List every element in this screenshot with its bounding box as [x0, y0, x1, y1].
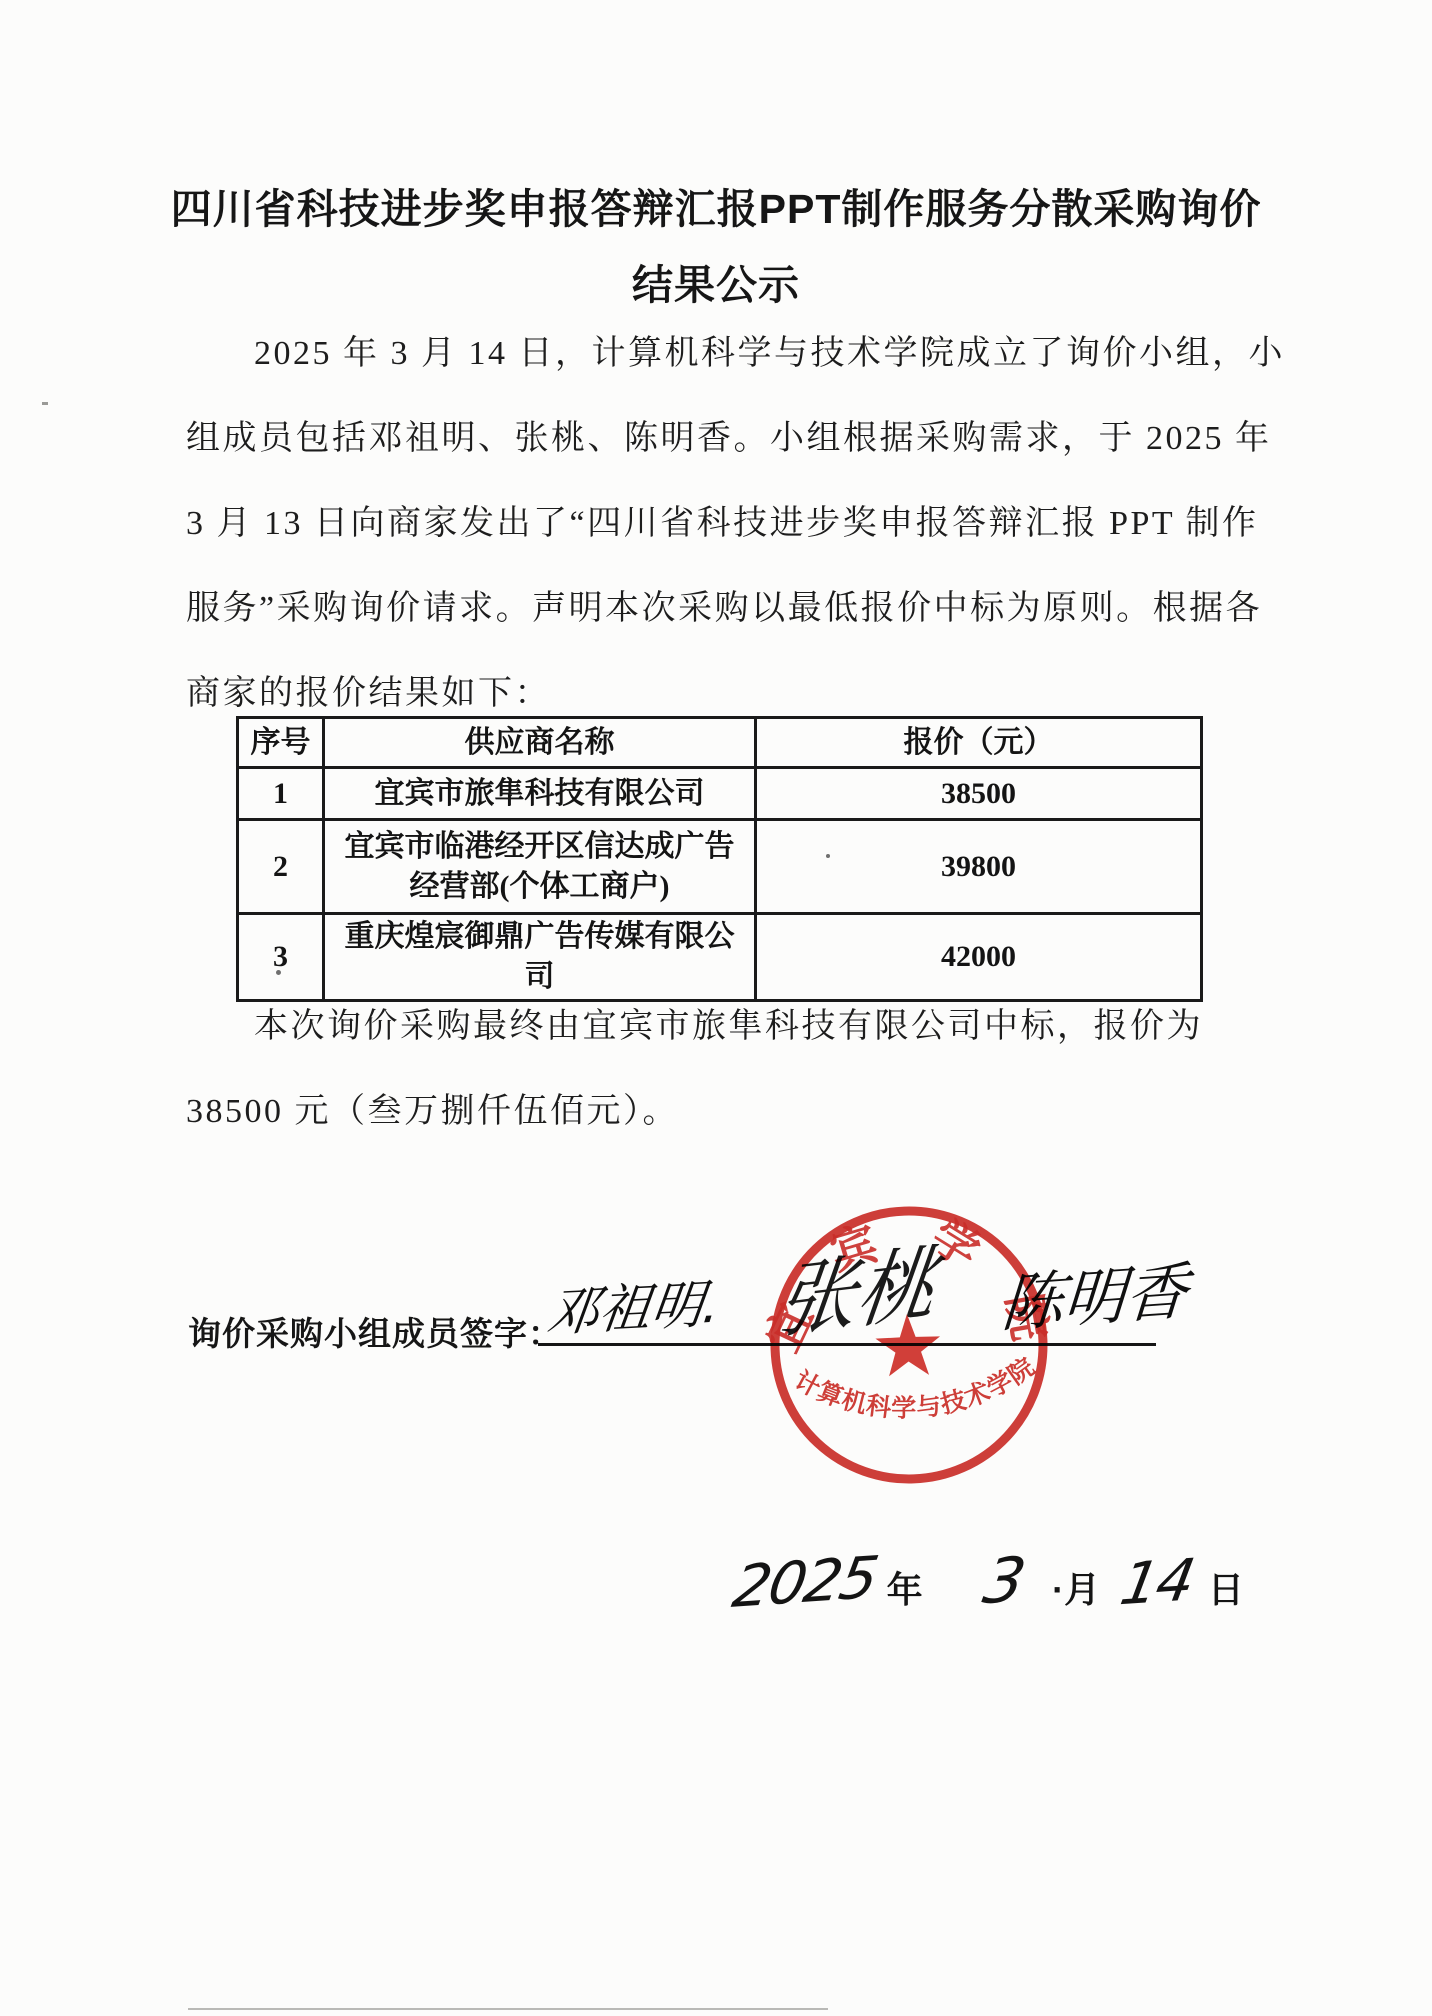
cell-no: 3: [238, 914, 324, 1001]
table-row: 3 重庆煌宸御鼎广告传媒有限公司 42000: [238, 914, 1202, 1001]
document-title-line2: 结果公示: [0, 252, 1432, 311]
date-month-handwritten: 3: [978, 1543, 1029, 1618]
date-day-handwritten: 14: [1115, 1546, 1198, 1619]
table-row: 2 宜宾市临港经开区信达成广告经营部(个体工商户) 39800: [238, 820, 1202, 914]
scan-speck: [276, 970, 281, 975]
cell-supplier: 重庆煌宸御鼎广告传媒有限公司: [324, 914, 756, 1001]
date-day-unit: 日: [1208, 1562, 1244, 1613]
paragraph2-line2: 38500 元（叁万捌仟伍佰元）。: [186, 1090, 1264, 1134]
date-year-handwritten: 2025: [728, 1543, 882, 1621]
paragraph1-line4: 服务”采购询价请求。声明本次采购以最低报价中标为原则。根据各: [186, 587, 1264, 631]
scanned-document-page: 四川省科技进步奖申报答辩汇报PPT制作服务分散采购询价 结果公示 2025 年 …: [0, 0, 1432, 2016]
document-title-line1: 四川省科技进步奖申报答辩汇报PPT制作服务分散采购询价: [0, 176, 1432, 235]
quotation-table: 序号 供应商名称 报价（元） 1 宜宾市旅隼科技有限公司 38500 2 宜宾市…: [236, 716, 1203, 1002]
cell-price: 38500: [756, 768, 1202, 820]
scan-edge-line: [188, 2008, 828, 2010]
paragraph1-line5: 商家的报价结果如下：: [186, 672, 1264, 716]
paragraph1-line1: 2025 年 3 月 14 日，计算机科学与技术学院成立了询价小组，小: [186, 332, 1332, 376]
paragraph2-line1: 本次询价采购最终由宜宾市旅隼科技有限公司中标，报价为: [186, 1005, 1332, 1049]
scan-speck: [826, 854, 830, 858]
handwritten-signature-1: 邓祖明.: [543, 1261, 725, 1346]
cell-price: 42000: [756, 914, 1202, 1001]
table-header-row: 序号 供应商名称 报价（元）: [238, 718, 1202, 768]
scan-mark: [42, 402, 48, 405]
signature-label: 询价采购小组成员签字：: [188, 1308, 562, 1355]
header-cell-no: 序号: [238, 718, 324, 768]
paragraph1-line2: 组成员包括邓祖明、张桃、陈明香。小组根据采购需求，于 2025 年: [186, 417, 1264, 461]
cell-price: 39800: [756, 820, 1202, 914]
date-line: 2025 年 3 ·月 14 日: [735, 1544, 1244, 1617]
cell-supplier: 宜宾市临港经开区信达成广告经营部(个体工商户): [324, 820, 756, 914]
cell-no: 2: [238, 820, 324, 914]
cell-no: 1: [238, 768, 324, 820]
paragraph1-line3: 3 月 13 日向商家发出了“四川省科技进步奖申报答辩汇报 PPT 制作: [186, 502, 1264, 546]
table-row: 1 宜宾市旅隼科技有限公司 38500: [238, 768, 1202, 820]
official-red-stamp: 宜宾学院 计算机科学与技术学院: [757, 1193, 1061, 1497]
date-year-unit: 年: [887, 1562, 923, 1613]
stamp-star-icon: [875, 1313, 942, 1377]
header-cell-price: 报价（元）: [756, 718, 1202, 768]
cell-supplier: 宜宾市旅隼科技有限公司: [324, 768, 756, 820]
date-month-unit: ·月: [1052, 1562, 1100, 1613]
header-cell-supplier: 供应商名称: [324, 718, 756, 768]
